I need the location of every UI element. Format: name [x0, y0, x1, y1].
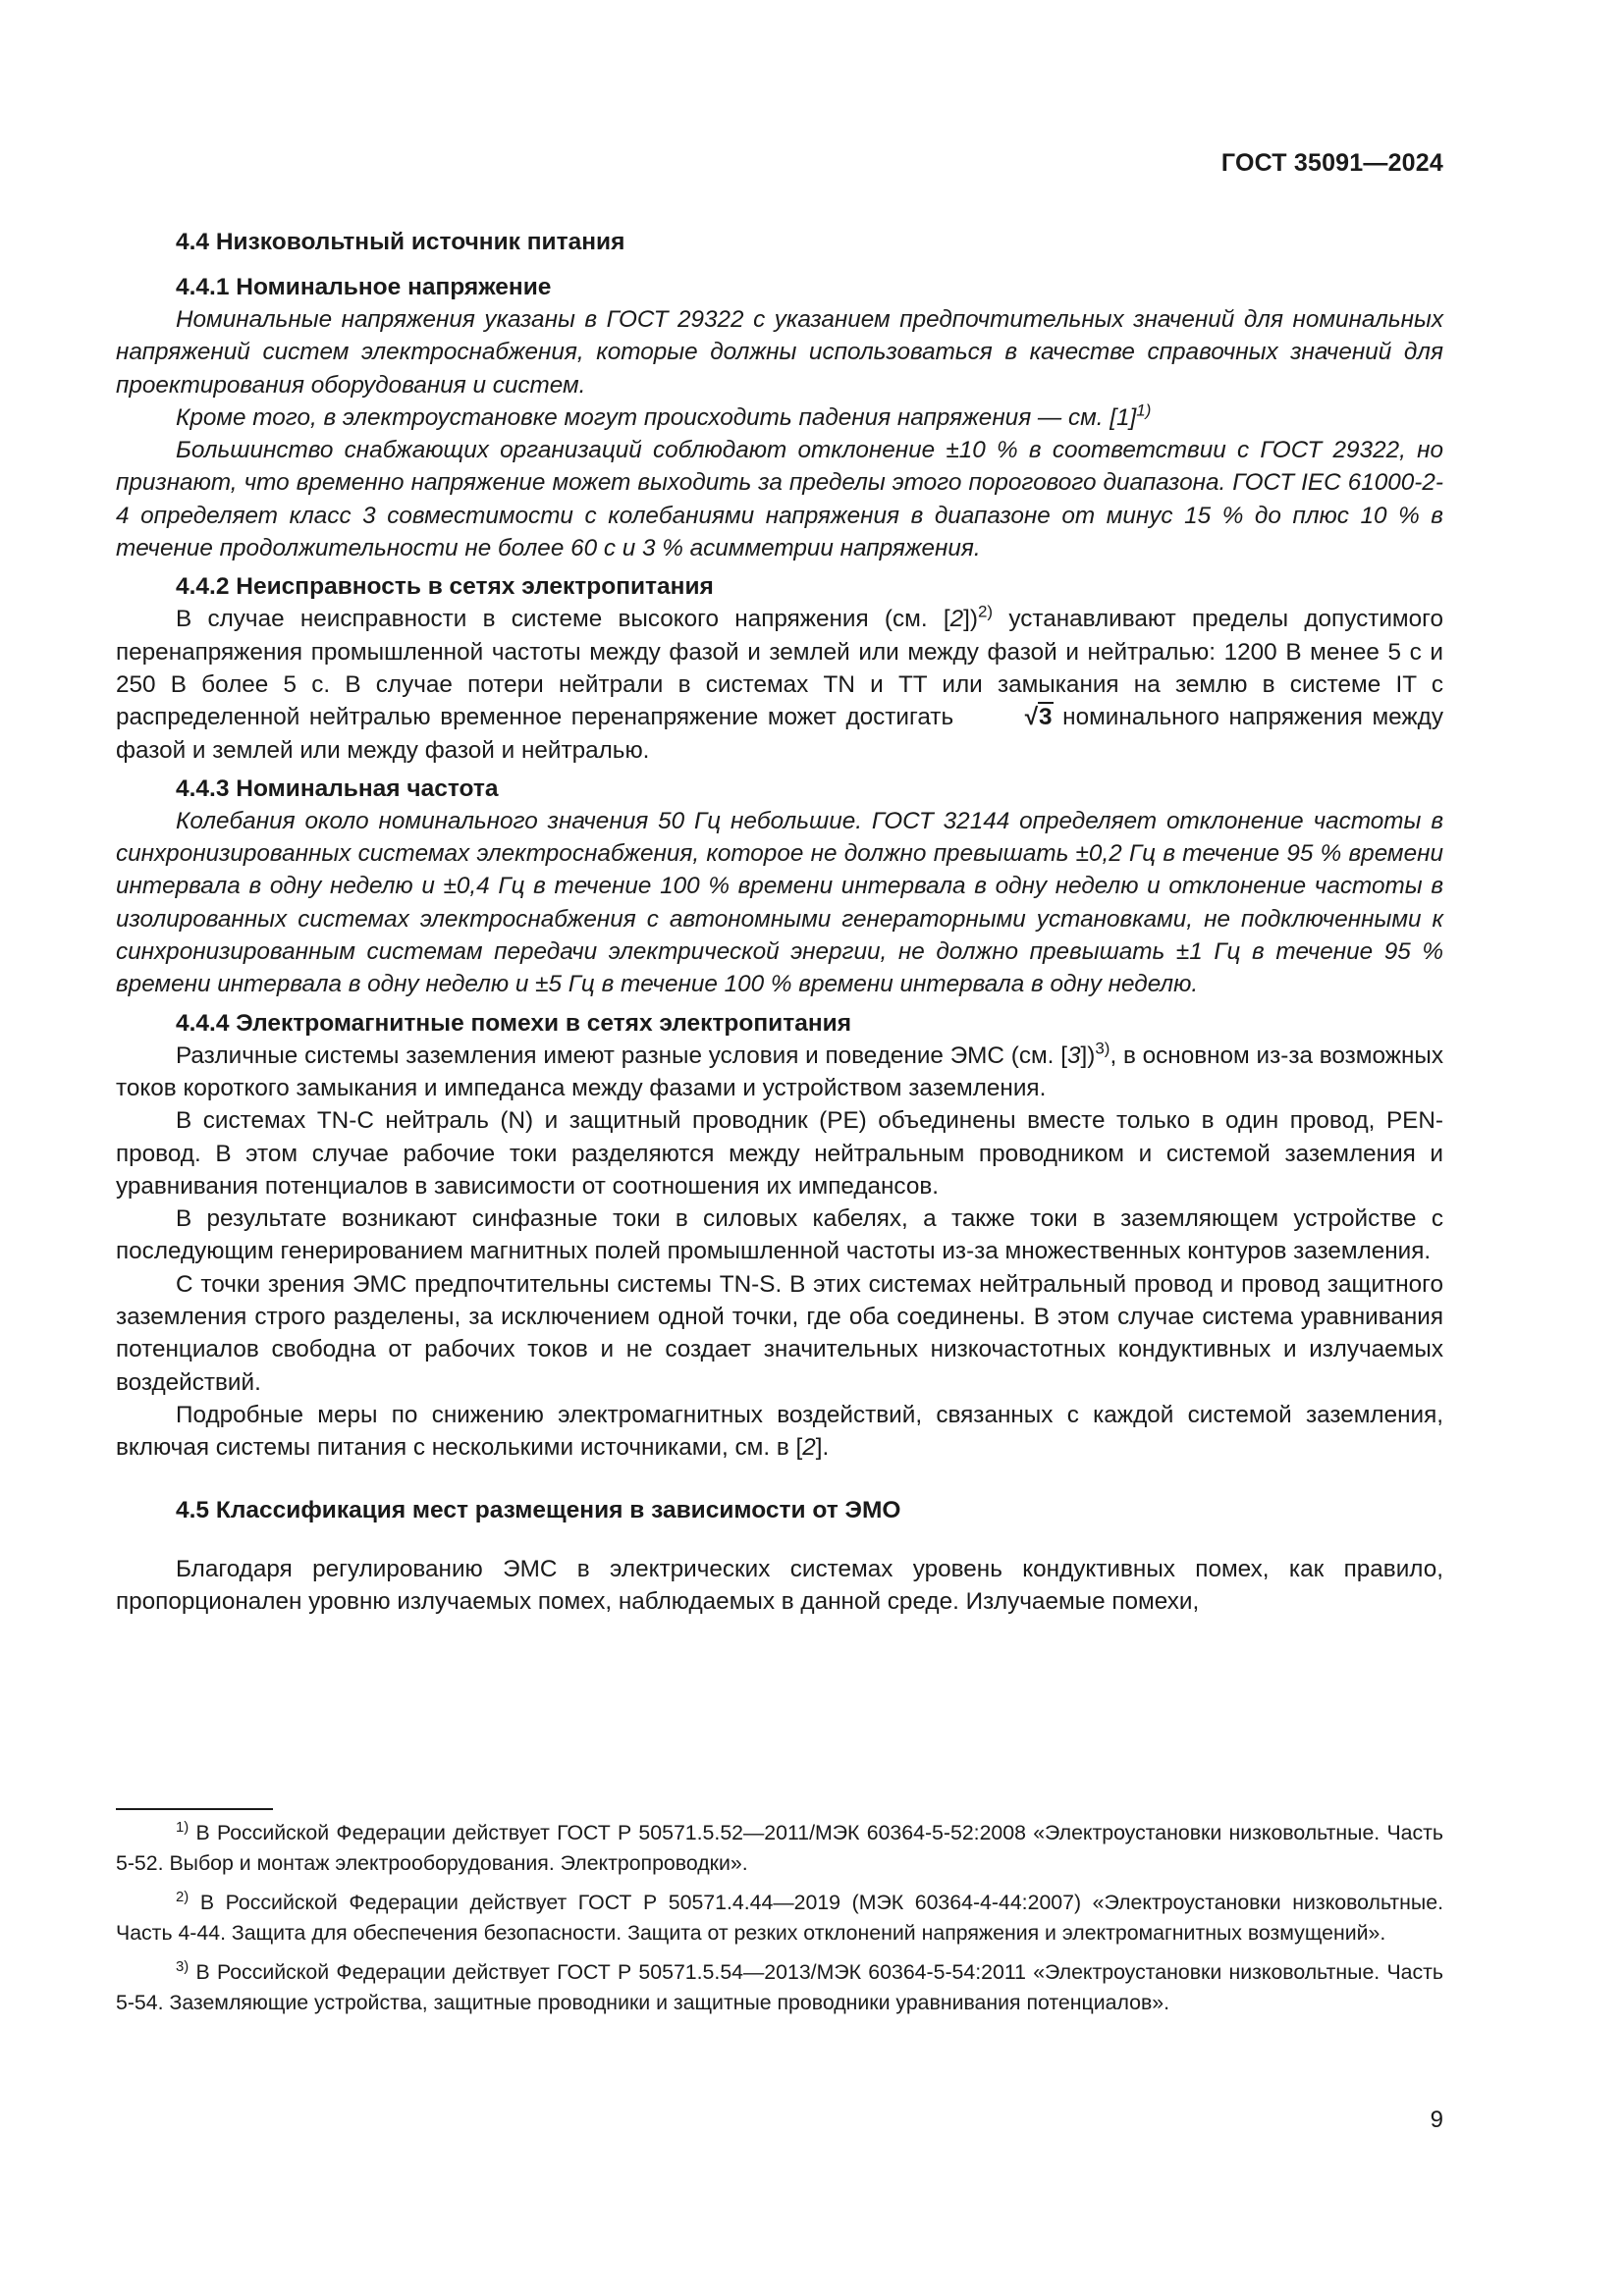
- footnote-2: 2) В Российской Федерации действует ГОСТ…: [116, 1888, 1443, 1949]
- subsection-heading-4-4-3: 4.4.3 Номинальная частота: [176, 774, 1443, 804]
- sqrt-symbol: √: [1025, 704, 1038, 730]
- paragraph-text: ].: [816, 1434, 830, 1461]
- square-root-formula: √3: [963, 701, 1054, 733]
- paragraph: Колебания около номинального значения 50…: [116, 805, 1443, 1001]
- section-4-5: 4.5 Классификация мест размещения в зави…: [116, 1496, 1443, 1619]
- section-heading-4-5: 4.5 Классификация мест размещения в зави…: [176, 1496, 1443, 1525]
- page-number: 9: [1431, 2107, 1443, 2134]
- footnote-1: 1) В Российской Федерации действует ГОСТ…: [116, 1818, 1443, 1879]
- footnote-ref-1[interactable]: 1): [1136, 401, 1151, 420]
- paragraph: В результате возникают синфазные токи в …: [116, 1202, 1443, 1268]
- paragraph-text: ]): [963, 606, 978, 632]
- bibliography-ref-2[interactable]: 2: [802, 1434, 816, 1461]
- paragraph-text: Подробные меры по снижению электромагнит…: [116, 1402, 1443, 1461]
- subsection-heading-4-4-4: 4.4.4 Электромагнитные помехи в сетях эл…: [176, 1009, 1443, 1039]
- subsection-heading-4-4-2: 4.4.2 Неисправность в сетях электропитан…: [176, 572, 1443, 602]
- footnote-marker: 1): [176, 1820, 189, 1836]
- subsection-4-4-1: 4.4.1 Номинальное напряжение Номинальные…: [116, 273, 1443, 564]
- paragraph-text: ]): [1080, 1042, 1095, 1069]
- footnote-ref-3[interactable]: 3): [1095, 1039, 1110, 1057]
- document-code-header: ГОСТ 35091—2024: [1221, 149, 1443, 178]
- paragraph: Благодаря регулированию ЭМС в электричес…: [116, 1553, 1443, 1619]
- footnote-text: В Российской Федерации действует ГОСТ Р …: [116, 1960, 1443, 2014]
- paragraph: Большинство снабжающих организаций соблю…: [116, 434, 1443, 564]
- main-content: 4.4 Низковольтный источник питания 4.4.1…: [116, 228, 1443, 1618]
- section-heading-4-4: 4.4 Низковольтный источник питания: [176, 228, 1443, 257]
- paragraph: Подробные меры по снижению электромагнит…: [116, 1399, 1443, 1465]
- paragraph: С точки зрения ЭМС предпочтительны систе…: [116, 1268, 1443, 1399]
- footnote-separator: [116, 1808, 273, 1810]
- footnote-text: В Российской Федерации действует ГОСТ Р …: [116, 1821, 1443, 1875]
- footnote-text: В Российской Федерации действует ГОСТ Р …: [116, 1891, 1443, 1945]
- paragraph: В системах TN-C нейтраль (N) и защитный …: [116, 1104, 1443, 1202]
- paragraph: Кроме того, в электроустановке могут про…: [116, 401, 1443, 434]
- footnote-ref-2[interactable]: 2): [978, 603, 993, 621]
- paragraph-text: В случае неисправности в системе высоког…: [176, 606, 950, 632]
- subsection-4-4-3: 4.4.3 Номинальная частота Колебания окол…: [116, 774, 1443, 1001]
- footnote-3: 3) В Российской Федерации действует ГОСТ…: [116, 1957, 1443, 2018]
- paragraph: Различные системы заземления имеют разны…: [116, 1040, 1443, 1105]
- footnote-marker: 3): [176, 1959, 189, 1975]
- footnote-marker: 2): [176, 1890, 189, 1905]
- bibliography-ref-2[interactable]: 2: [950, 606, 964, 632]
- bibliography-ref-3[interactable]: 3: [1067, 1042, 1081, 1069]
- subsection-4-4-4: 4.4.4 Электромагнитные помехи в сетях эл…: [116, 1009, 1443, 1465]
- footnotes: 1) В Российской Федерации действует ГОСТ…: [116, 1808, 1443, 2027]
- paragraph: В случае неисправности в системе высоког…: [116, 603, 1443, 766]
- paragraph-text: Различные системы заземления имеют разны…: [176, 1042, 1067, 1069]
- subsection-heading-4-4-1: 4.4.1 Номинальное напряжение: [176, 273, 1443, 302]
- sqrt-value: 3: [1038, 702, 1054, 730]
- paragraph-text: Кроме того, в электроустановке могут про…: [176, 404, 1136, 431]
- subsection-4-4-2: 4.4.2 Неисправность в сетях электропитан…: [116, 572, 1443, 766]
- paragraph: Номинальные напряжения указаны в ГОСТ 29…: [116, 303, 1443, 401]
